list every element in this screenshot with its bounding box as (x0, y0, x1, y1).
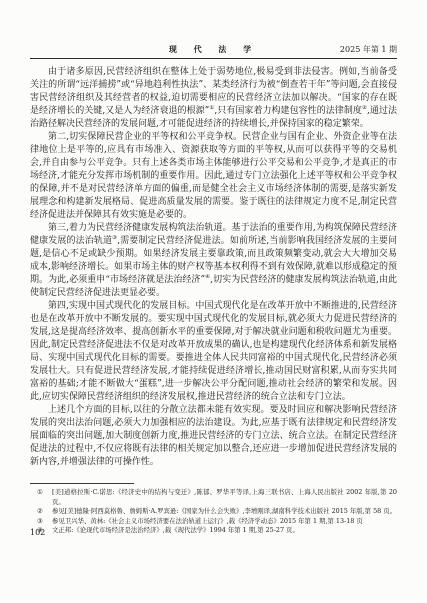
paragraph: 第四,实现中国式现代化的发展目标。中国式现代化是在改革开放中不断推进的,民营经济… (30, 300, 397, 404)
footnote-text: [美]道格拉斯·C.诺思:《经济史中的结构与变迁》,陈郁、罗华平等译,上海三联书… (52, 488, 397, 507)
footnote-text: 参见卫兴华、黄林:《社会主义市场经济要在法治轨道上运行》,载《经济学动态》201… (52, 517, 397, 527)
footnote-marker: ① (30, 488, 52, 498)
footnote-text: 参见[美]德隆·阿西莫格鲁、詹姆斯·A.罗宾逊:《国家为什么会失败》,李增刚译,… (52, 507, 397, 517)
journal-title: 现 代 法 学 (169, 44, 258, 55)
footnote: ① [美]道格拉斯·C.诺思:《经济史中的结构与变迁》,陈郁、罗华平等译,上海三… (30, 488, 397, 507)
article-body: 由于诸多原因,民营经济组织在整体上处于弱势地位,极易受到非法侵害。例如,当前备受… (30, 66, 397, 478)
paragraph: 第三,着力为民营经济健康发展构筑法治轨道。基于法治的重要作用,为构筑保障民营经济… (30, 222, 397, 300)
paragraph: 上述几个方面的目标,以往的分散立法都未能有效实现。要及时回应和解决影响民营经济发… (30, 404, 397, 469)
paragraph: 由于诸多原因,民营经济组织在整体上处于弱势地位,极易受到非法侵害。例如,当前备受… (30, 66, 397, 131)
footnotes: ① [美]道格拉斯·C.诺思:《经济史中的结构与变迁》,陈郁、罗华平等译,上海三… (30, 488, 397, 536)
issue-label: 2025 年第 1 期 (340, 44, 397, 55)
footnote-area: ① [美]道格拉斯·C.诺思:《经济史中的结构与变迁》,陈郁、罗华平等译,上海三… (30, 483, 397, 536)
footnote-marker: ② (30, 507, 52, 517)
footnote: ④ 文正邦:《论现代市场经济是法治经济》,载《现代法学》1994 年第 1 期,… (30, 526, 397, 536)
footnote-marker: ③ (30, 517, 52, 527)
footnote-text: 文正邦:《论现代市场经济是法治经济》,载《现代法学》1994 年第 1 期,第 … (52, 526, 397, 536)
footnote: ③ 参见卫兴华、黄林:《社会主义市场经济要在法治轨道上运行》,载《经济学动态》2… (30, 517, 397, 527)
paragraph: 第二,切实保障民营企业的平等权和公平竞争权。民营企业与国有企业、外资企业等在法律… (30, 131, 397, 222)
footnote-separator (30, 483, 134, 484)
page-number: 102 (30, 528, 45, 537)
header-rule (30, 58, 397, 59)
footnote: ② 参见[美]德隆·阿西莫格鲁、詹姆斯·A.罗宾逊:《国家为什么会失败》,李增刚… (30, 507, 397, 517)
page-header: 现 代 法 学 2025 年第 1 期 (30, 44, 397, 56)
journal-page: 现 代 法 学 2025 年第 1 期 由于诸多原因,民营经济组织在整体上处于弱… (0, 0, 427, 603)
